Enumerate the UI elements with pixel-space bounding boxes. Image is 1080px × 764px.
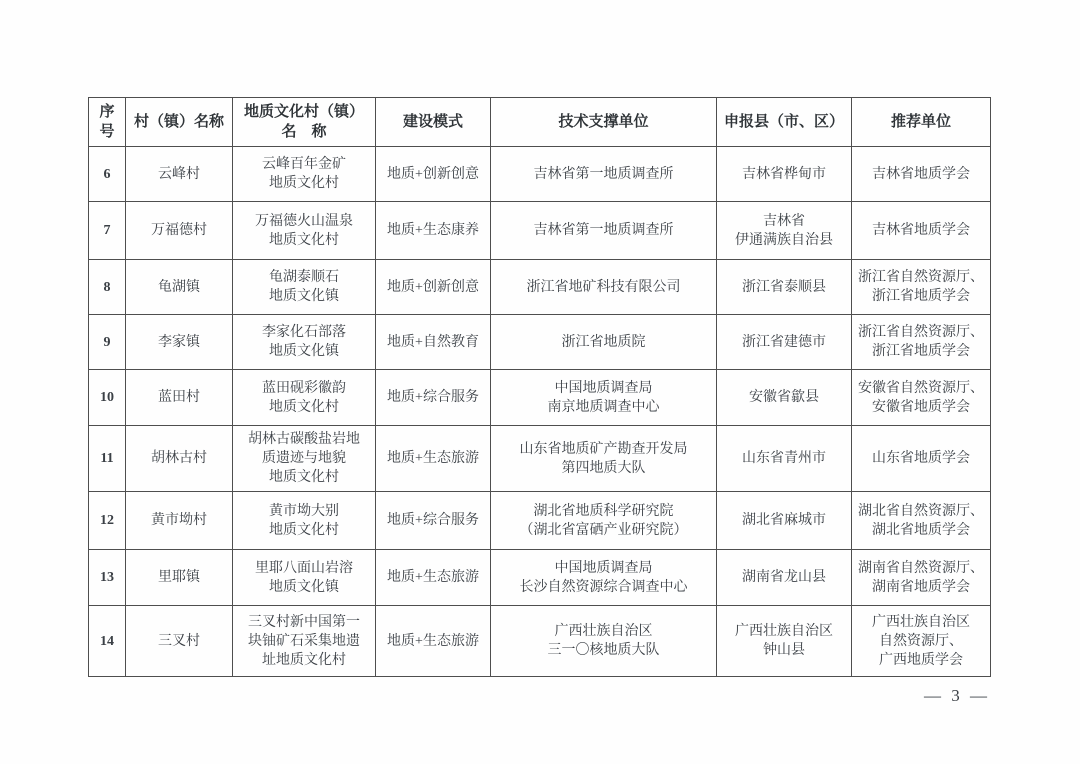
cell-geo-village-name: 三叉村新中国第一 块铀矿石采集地遗 址地质文化村 (233, 606, 376, 677)
page-number: — 3 — (924, 686, 990, 706)
cell-serial: 8 (89, 260, 126, 315)
col-header-construction-mode: 建设模式 (376, 98, 491, 147)
cell-declaring-county: 浙江省建德市 (717, 315, 852, 370)
cell-tech-support-unit: 浙江省地矿科技有限公司 (491, 260, 717, 315)
cell-geo-village-name: 胡林古碳酸盐岩地 质遗迹与地貌 地质文化村 (233, 426, 376, 492)
cell-declaring-county: 山东省青州市 (717, 426, 852, 492)
table-row: 11 胡林古村 胡林古碳酸盐岩地 质遗迹与地貌 地质文化村 地质+生态旅游 山东… (89, 426, 991, 492)
table-row: 6 云峰村 云峰百年金矿 地质文化村 地质+创新创意 吉林省第一地质调查所 吉林… (89, 147, 991, 202)
col-header-recommending-unit: 推荐单位 (852, 98, 991, 147)
cell-recommending-unit: 吉林省地质学会 (852, 147, 991, 202)
cell-geo-village-name: 万福德火山温泉 地质文化村 (233, 202, 376, 260)
cell-declaring-county: 浙江省泰顺县 (717, 260, 852, 315)
table-row: 12 黄市坳村 黄市坳大别 地质文化村 地质+综合服务 湖北省地质科学研究院 （… (89, 492, 991, 550)
cell-village-name: 云峰村 (126, 147, 233, 202)
cell-construction-mode: 地质+生态旅游 (376, 550, 491, 606)
col-header-tech-support-unit: 技术支撑单位 (491, 98, 717, 147)
cell-serial: 14 (89, 606, 126, 677)
table-row: 9 李家镇 李家化石部落 地质文化镇 地质+自然教育 浙江省地质院 浙江省建德市… (89, 315, 991, 370)
cell-serial: 11 (89, 426, 126, 492)
table-row: 7 万福德村 万福德火山温泉 地质文化村 地质+生态康养 吉林省第一地质调查所 … (89, 202, 991, 260)
cell-recommending-unit: 吉林省地质学会 (852, 202, 991, 260)
cell-recommending-unit: 湖北省自然资源厅、 湖北省地质学会 (852, 492, 991, 550)
cell-village-name: 万福德村 (126, 202, 233, 260)
cell-construction-mode: 地质+生态旅游 (376, 426, 491, 492)
cell-recommending-unit: 山东省地质学会 (852, 426, 991, 492)
cell-declaring-county: 湖北省麻城市 (717, 492, 852, 550)
col-header-geo-village-name: 地质文化村（镇） 名 称 (233, 98, 376, 147)
cell-declaring-county: 吉林省桦甸市 (717, 147, 852, 202)
cell-village-name: 龟湖镇 (126, 260, 233, 315)
cell-recommending-unit: 浙江省自然资源厅、 浙江省地质学会 (852, 260, 991, 315)
cell-construction-mode: 地质+综合服务 (376, 370, 491, 426)
cell-geo-village-name: 黄市坳大别 地质文化村 (233, 492, 376, 550)
cell-tech-support-unit: 山东省地质矿产勘查开发局 第四地质大队 (491, 426, 717, 492)
cell-serial: 7 (89, 202, 126, 260)
cell-construction-mode: 地质+自然教育 (376, 315, 491, 370)
cell-construction-mode: 地质+创新创意 (376, 260, 491, 315)
cell-tech-support-unit: 吉林省第一地质调查所 (491, 147, 717, 202)
cell-recommending-unit: 浙江省自然资源厅、 浙江省地质学会 (852, 315, 991, 370)
table-body: 6 云峰村 云峰百年金矿 地质文化村 地质+创新创意 吉林省第一地质调查所 吉林… (89, 147, 991, 677)
cell-serial: 13 (89, 550, 126, 606)
cell-recommending-unit: 广西壮族自治区 自然资源厅、 广西地质学会 (852, 606, 991, 677)
table-header: 序 号 村（镇）名称 地质文化村（镇） 名 称 建设模式 技术支撑单位 申报县（… (89, 98, 991, 147)
cell-village-name: 三叉村 (126, 606, 233, 677)
cell-village-name: 胡林古村 (126, 426, 233, 492)
col-header-serial: 序 号 (89, 98, 126, 147)
cell-serial: 6 (89, 147, 126, 202)
table-row: 13 里耶镇 里耶八面山岩溶 地质文化镇 地质+生态旅游 中国地质调查局 长沙自… (89, 550, 991, 606)
cell-geo-village-name: 蓝田砚彩徽韵 地质文化村 (233, 370, 376, 426)
cell-tech-support-unit: 中国地质调查局 南京地质调查中心 (491, 370, 717, 426)
cell-village-name: 里耶镇 (126, 550, 233, 606)
cell-recommending-unit: 湖南省自然资源厅、 湖南省地质学会 (852, 550, 991, 606)
cell-village-name: 蓝田村 (126, 370, 233, 426)
table-row: 14 三叉村 三叉村新中国第一 块铀矿石采集地遗 址地质文化村 地质+生态旅游 … (89, 606, 991, 677)
cell-tech-support-unit: 中国地质调查局 长沙自然资源综合调查中心 (491, 550, 717, 606)
table-row: 8 龟湖镇 龟湖泰顺石 地质文化镇 地质+创新创意 浙江省地矿科技有限公司 浙江… (89, 260, 991, 315)
cell-village-name: 黄市坳村 (126, 492, 233, 550)
cell-village-name: 李家镇 (126, 315, 233, 370)
cell-geo-village-name: 李家化石部落 地质文化镇 (233, 315, 376, 370)
document-page: 序 号 村（镇）名称 地质文化村（镇） 名 称 建设模式 技术支撑单位 申报县（… (0, 0, 1080, 764)
cell-construction-mode: 地质+综合服务 (376, 492, 491, 550)
col-header-declaring-county: 申报县（市、区） (717, 98, 852, 147)
cell-declaring-county: 吉林省 伊通满族自治县 (717, 202, 852, 260)
cell-tech-support-unit: 浙江省地质院 (491, 315, 717, 370)
cell-geo-village-name: 云峰百年金矿 地质文化村 (233, 147, 376, 202)
cell-declaring-county: 广西壮族自治区 钟山县 (717, 606, 852, 677)
cell-geo-village-name: 里耶八面山岩溶 地质文化镇 (233, 550, 376, 606)
table-row: 10 蓝田村 蓝田砚彩徽韵 地质文化村 地质+综合服务 中国地质调查局 南京地质… (89, 370, 991, 426)
cell-geo-village-name: 龟湖泰顺石 地质文化镇 (233, 260, 376, 315)
cell-tech-support-unit: 广西壮族自治区 三一〇核地质大队 (491, 606, 717, 677)
cell-construction-mode: 地质+生态康养 (376, 202, 491, 260)
geological-culture-villages-table: 序 号 村（镇）名称 地质文化村（镇） 名 称 建设模式 技术支撑单位 申报县（… (88, 97, 991, 677)
cell-tech-support-unit: 吉林省第一地质调查所 (491, 202, 717, 260)
cell-construction-mode: 地质+创新创意 (376, 147, 491, 202)
cell-construction-mode: 地质+生态旅游 (376, 606, 491, 677)
cell-serial: 10 (89, 370, 126, 426)
cell-recommending-unit: 安徽省自然资源厅、 安徽省地质学会 (852, 370, 991, 426)
cell-declaring-county: 湖南省龙山县 (717, 550, 852, 606)
col-header-village-name: 村（镇）名称 (126, 98, 233, 147)
cell-serial: 9 (89, 315, 126, 370)
cell-tech-support-unit: 湖北省地质科学研究院 （湖北省富硒产业研究院） (491, 492, 717, 550)
header-row: 序 号 村（镇）名称 地质文化村（镇） 名 称 建设模式 技术支撑单位 申报县（… (89, 98, 991, 147)
cell-serial: 12 (89, 492, 126, 550)
cell-declaring-county: 安徽省歙县 (717, 370, 852, 426)
